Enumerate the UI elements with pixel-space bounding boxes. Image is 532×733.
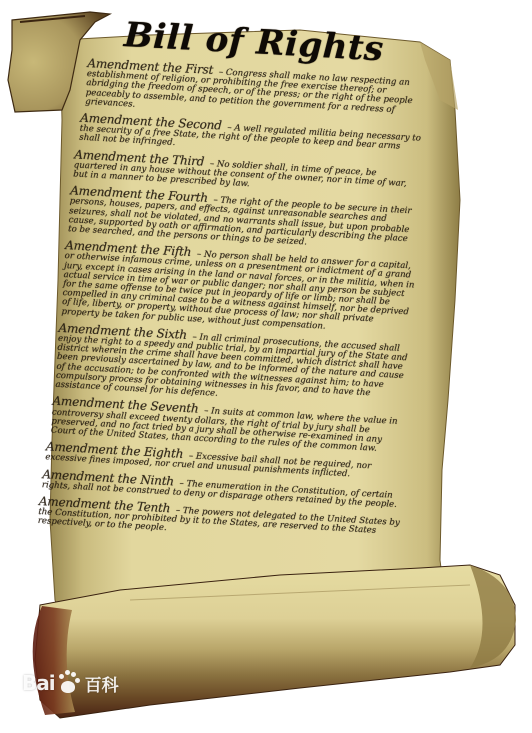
- amendment-5: Amendment the Fifth – No person shall be…: [61, 241, 417, 336]
- watermark-product: 百科: [85, 671, 119, 696]
- amendment-text: A well regulated militia being necessary…: [79, 123, 421, 151]
- baidu-baike-watermark: Bai 百科: [22, 670, 119, 696]
- amendment-text: Congress shall make no law respecting an…: [85, 68, 413, 115]
- amendment-text: The right of the people to be secure in …: [68, 196, 412, 248]
- paw-icon: [56, 670, 82, 696]
- bill-of-rights-document: Bill of Rights Amendment the First – Con…: [39, 12, 430, 591]
- amendment-text: No person shall be held to answer for a …: [61, 250, 414, 331]
- watermark-brand: Bai: [22, 671, 55, 695]
- amendment-text: No soldier shall, in time of peace, be q…: [73, 159, 407, 189]
- amendment-text: The powers not delegated to the United S…: [38, 506, 400, 536]
- amendment-text: In all criminal prosecutions, the accuse…: [55, 333, 408, 399]
